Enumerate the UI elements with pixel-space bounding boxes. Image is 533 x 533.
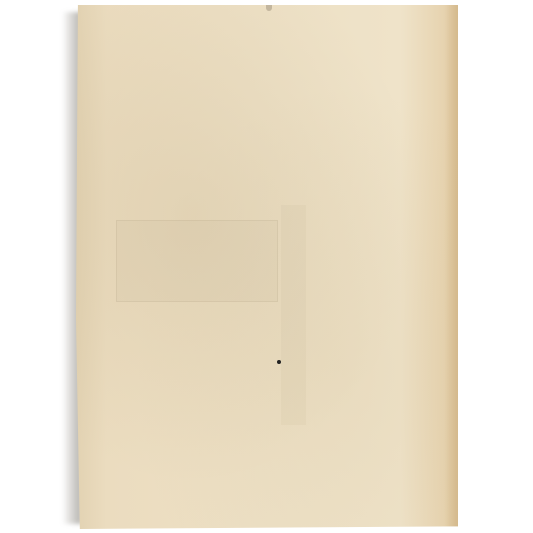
paper-sheet <box>76 5 458 529</box>
bleed-through-block <box>116 220 278 302</box>
bleed-through-column <box>281 205 306 425</box>
top-edge-nick <box>266 5 272 11</box>
aged-right-edge <box>444 5 458 529</box>
ink-dot <box>277 360 281 364</box>
